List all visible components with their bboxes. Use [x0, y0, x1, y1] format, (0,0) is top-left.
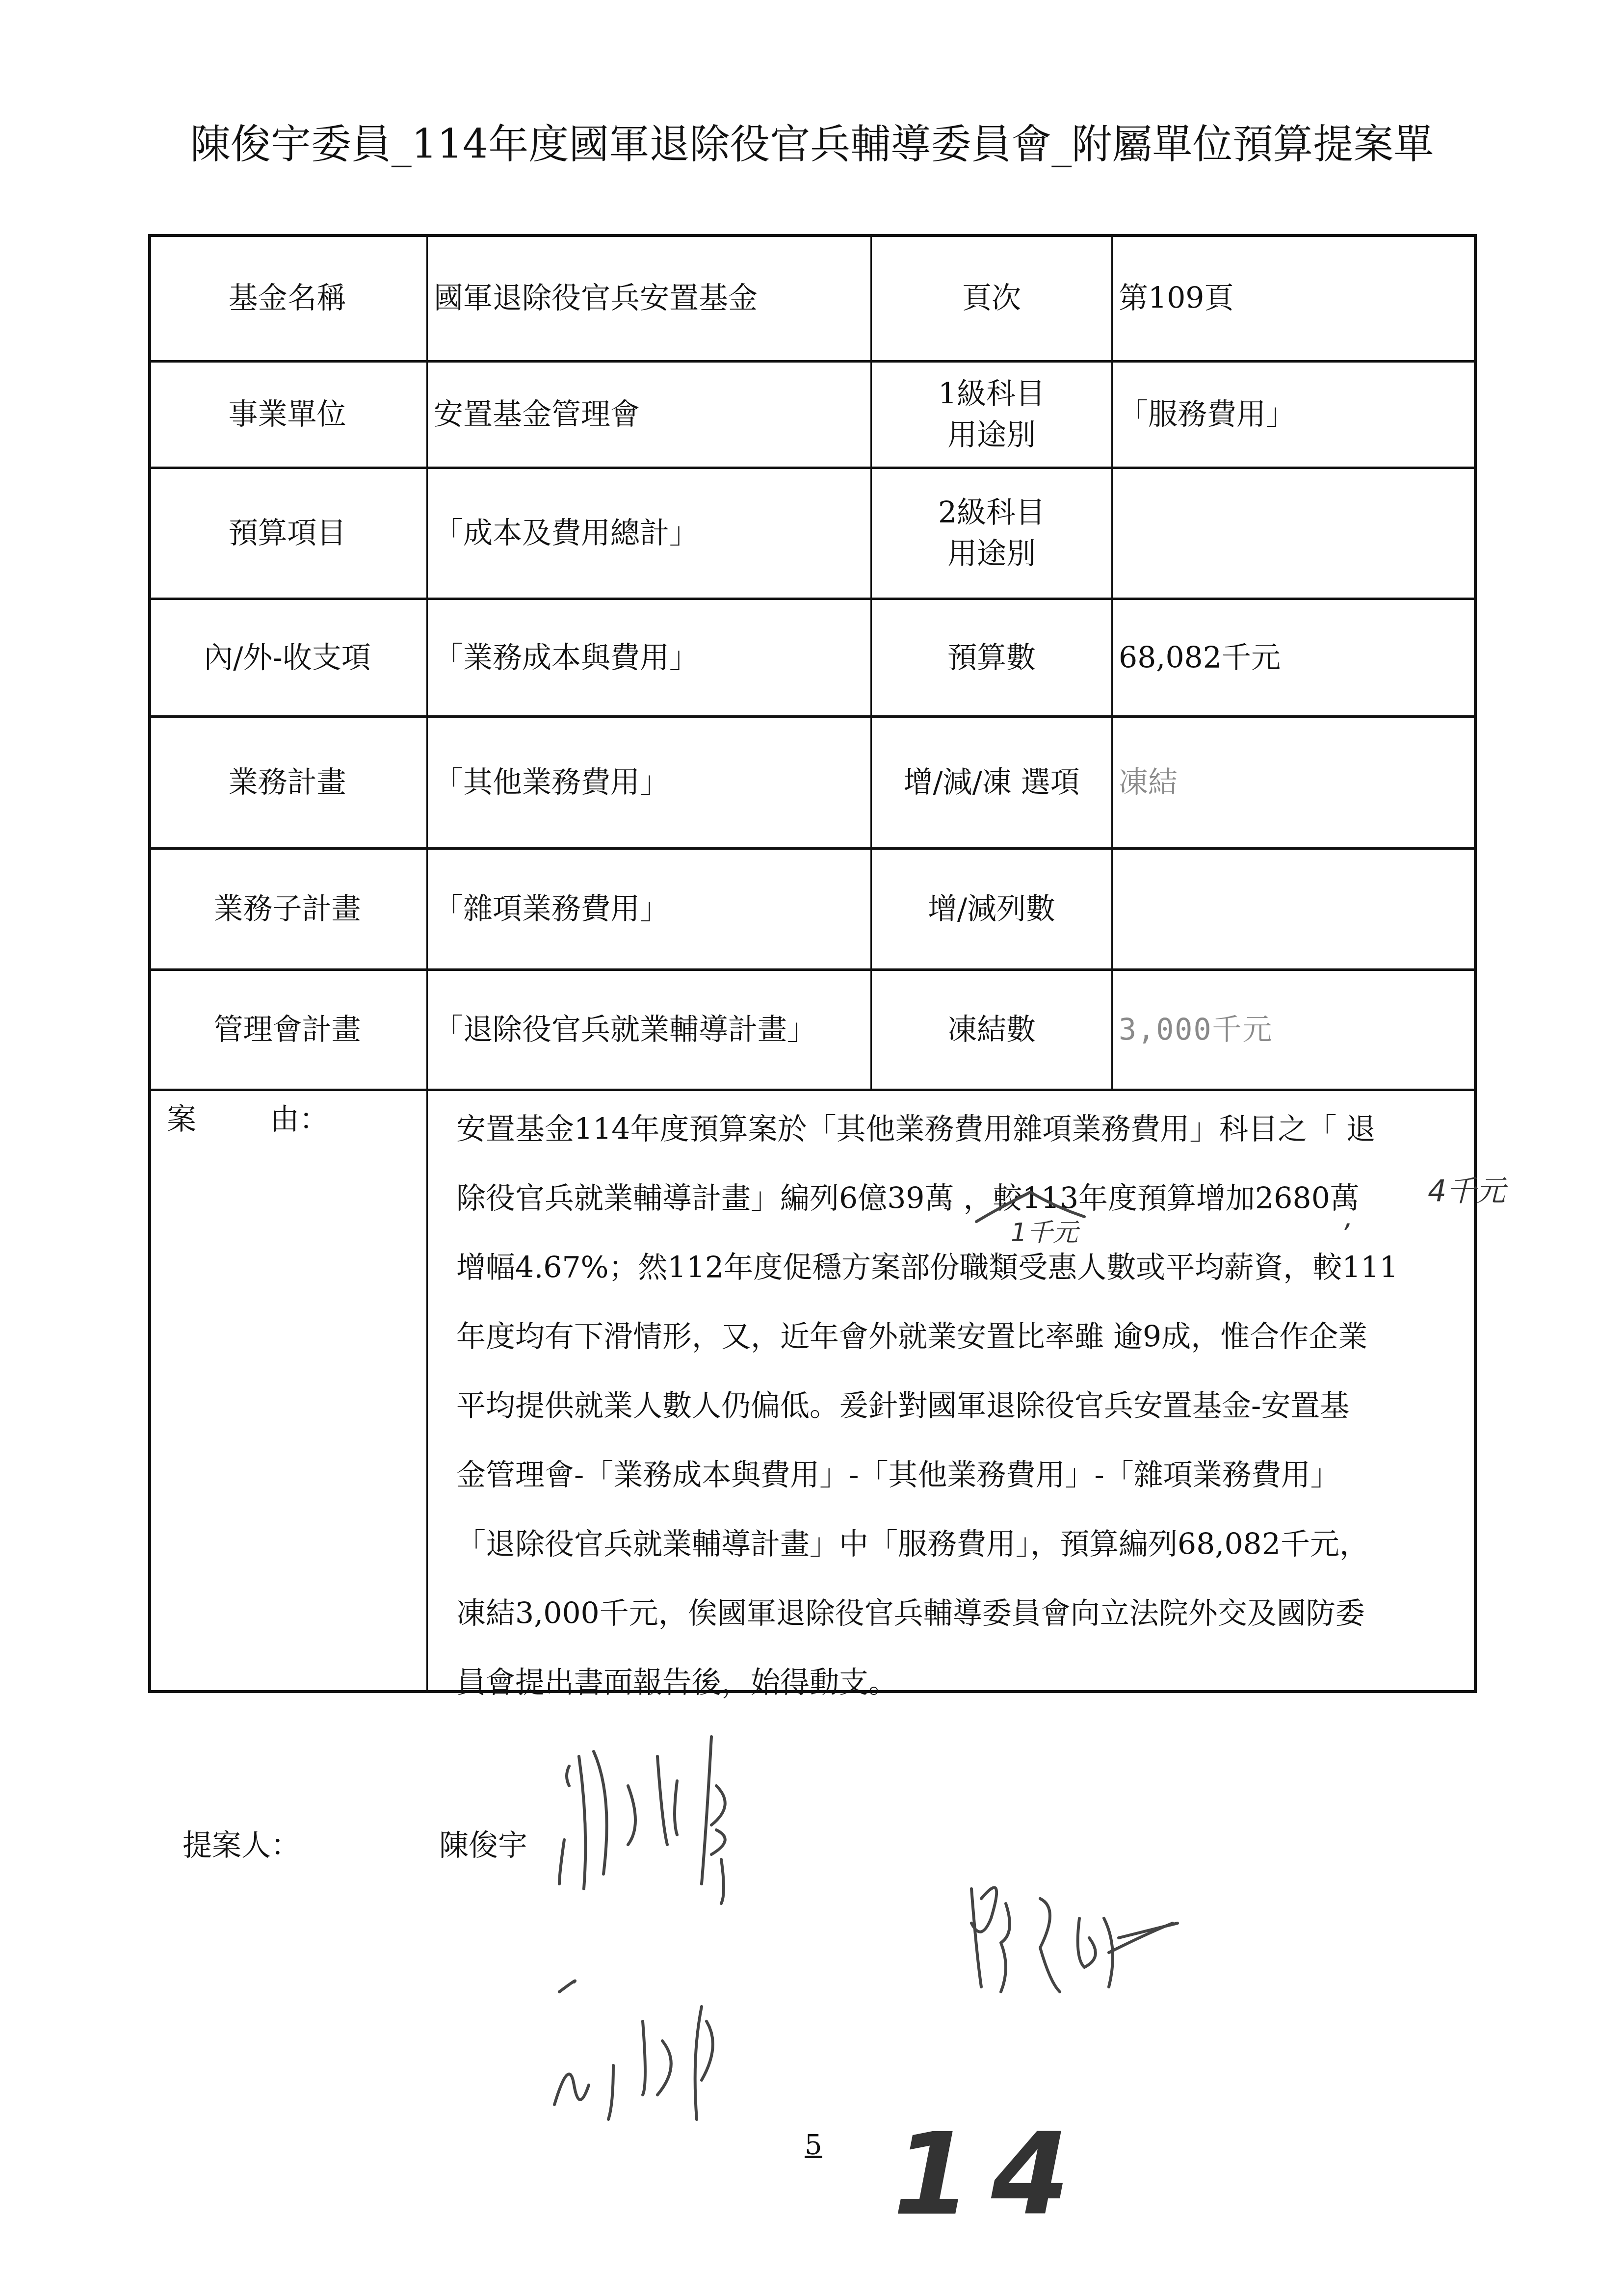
reason-label: 案由：	[167, 1099, 329, 1140]
value-income-expense: 「業務成本與費用」	[428, 600, 870, 715]
proposer-name: 陳俊宇	[439, 1825, 527, 1866]
label-budget-amount: 預算數	[872, 600, 1111, 715]
label-level1-subject: 1級科目 用途別	[872, 363, 1111, 467]
value-adjust-option: 凍結	[1113, 718, 1476, 847]
reason-line: 凍結3,000千元，俟國軍退除役官兵輔導委員會向立法院外交及國防委	[456, 1579, 1467, 1648]
label-page: 頁次	[872, 236, 1111, 360]
label-business-plan: 業務計畫	[148, 718, 426, 847]
handwritten-page-number: 14	[893, 2110, 1089, 2241]
label-management-plan: 管理會計畫	[148, 971, 426, 1089]
label-budget-item: 預算項目	[148, 469, 426, 598]
value-business-plan: 「其他業務費用」	[428, 718, 870, 847]
reason-line: 平均提供就業人數人仍偏低。爰針對國軍退除役官兵安置基金-安置基	[456, 1372, 1467, 1441]
insertion-caret-icon	[971, 1187, 1099, 1226]
reason-line: 金管理會-「業務成本與費用」-「其他業務費用」-「雜項業務費用」	[456, 1441, 1467, 1510]
label-level2-subject: 2級科目 用途別	[872, 469, 1111, 598]
label-fund-name: 基金名稱	[148, 236, 426, 360]
reason-line: 員會提出書面報告後，始得動支。	[456, 1648, 1467, 1718]
reason-label-a: 案	[167, 1099, 196, 1140]
value-budget-amount: 68,082千元	[1113, 600, 1476, 715]
value-level1-subject: 「服務費用」	[1113, 363, 1476, 467]
handwritten-note-4k: 4千元	[1428, 1168, 1505, 1210]
reason-line: 年度均有下滑情形，又，近年會外就業安置比率雖 逾9成，惟合作企業	[456, 1303, 1467, 1372]
value-page: 第109頁	[1113, 236, 1476, 360]
signature-3-icon	[962, 1869, 1276, 2016]
label-level1-line2: 用途別	[947, 415, 1036, 456]
page-number: 5	[805, 2129, 822, 2161]
value-business-unit: 安置基金管理會	[428, 363, 870, 467]
label-business-unit: 事業單位	[148, 363, 426, 467]
signature-2-icon	[540, 1957, 814, 2114]
label-level2-line1: 2級科目	[938, 492, 1045, 533]
reason-line: 「退除役官兵就業輔導計畫」中「服務費用」，預算編列68,082千元，	[456, 1510, 1467, 1579]
signature-1-icon	[550, 1727, 903, 1904]
value-fund-name: 國軍退除役官兵安置基金	[428, 236, 870, 360]
document-title: 陳俊宇委員_114年度國軍退除役官兵輔導委員會_附屬單位預算提案單	[0, 118, 1624, 172]
reason-line: 除役官兵就業輔導計畫」編列6億39萬 ，較113年度預算增加2680萬	[456, 1164, 1467, 1233]
value-frozen-amount: 3,000千元	[1113, 971, 1476, 1089]
value-level2-subject	[1113, 469, 1476, 598]
value-sub-plan: 「雜項業務費用」	[428, 850, 870, 968]
label-adjust-amount: 增/減列數	[872, 850, 1111, 968]
reason-line: 增幅4.67%；然112年度促穩方案部份職類受惠人數或平均薪資，較111	[456, 1233, 1467, 1303]
value-budget-item: 「成本及費用總計」	[428, 469, 870, 598]
label-level2-line2: 用途別	[947, 533, 1036, 574]
reason-text: 安置基金114年度預算案於「其他業務費用雜項業務費用」科目之「 退 除役官兵就業…	[456, 1095, 1467, 1718]
handwritten-comma: ,	[1344, 1202, 1353, 1234]
label-adjust-option: 增/減/凍 選項	[872, 718, 1111, 847]
label-level1-line1: 1級科目	[938, 373, 1045, 415]
reason-line: 安置基金114年度預算案於「其他業務費用雜項業務費用」科目之「 退	[456, 1095, 1467, 1164]
value-management-plan: 「退除役官兵就業輔導計畫」	[428, 971, 870, 1089]
label-income-expense: 內/外-收支項	[148, 600, 426, 715]
reason-label-b: 由：	[270, 1099, 329, 1140]
row-divider	[148, 1089, 1477, 1091]
label-frozen-amount: 凍結數	[872, 971, 1111, 1089]
proposer-label: 提案人：	[183, 1825, 300, 1866]
label-sub-plan: 業務子計畫	[148, 850, 426, 968]
value-adjust-amount	[1113, 850, 1476, 968]
